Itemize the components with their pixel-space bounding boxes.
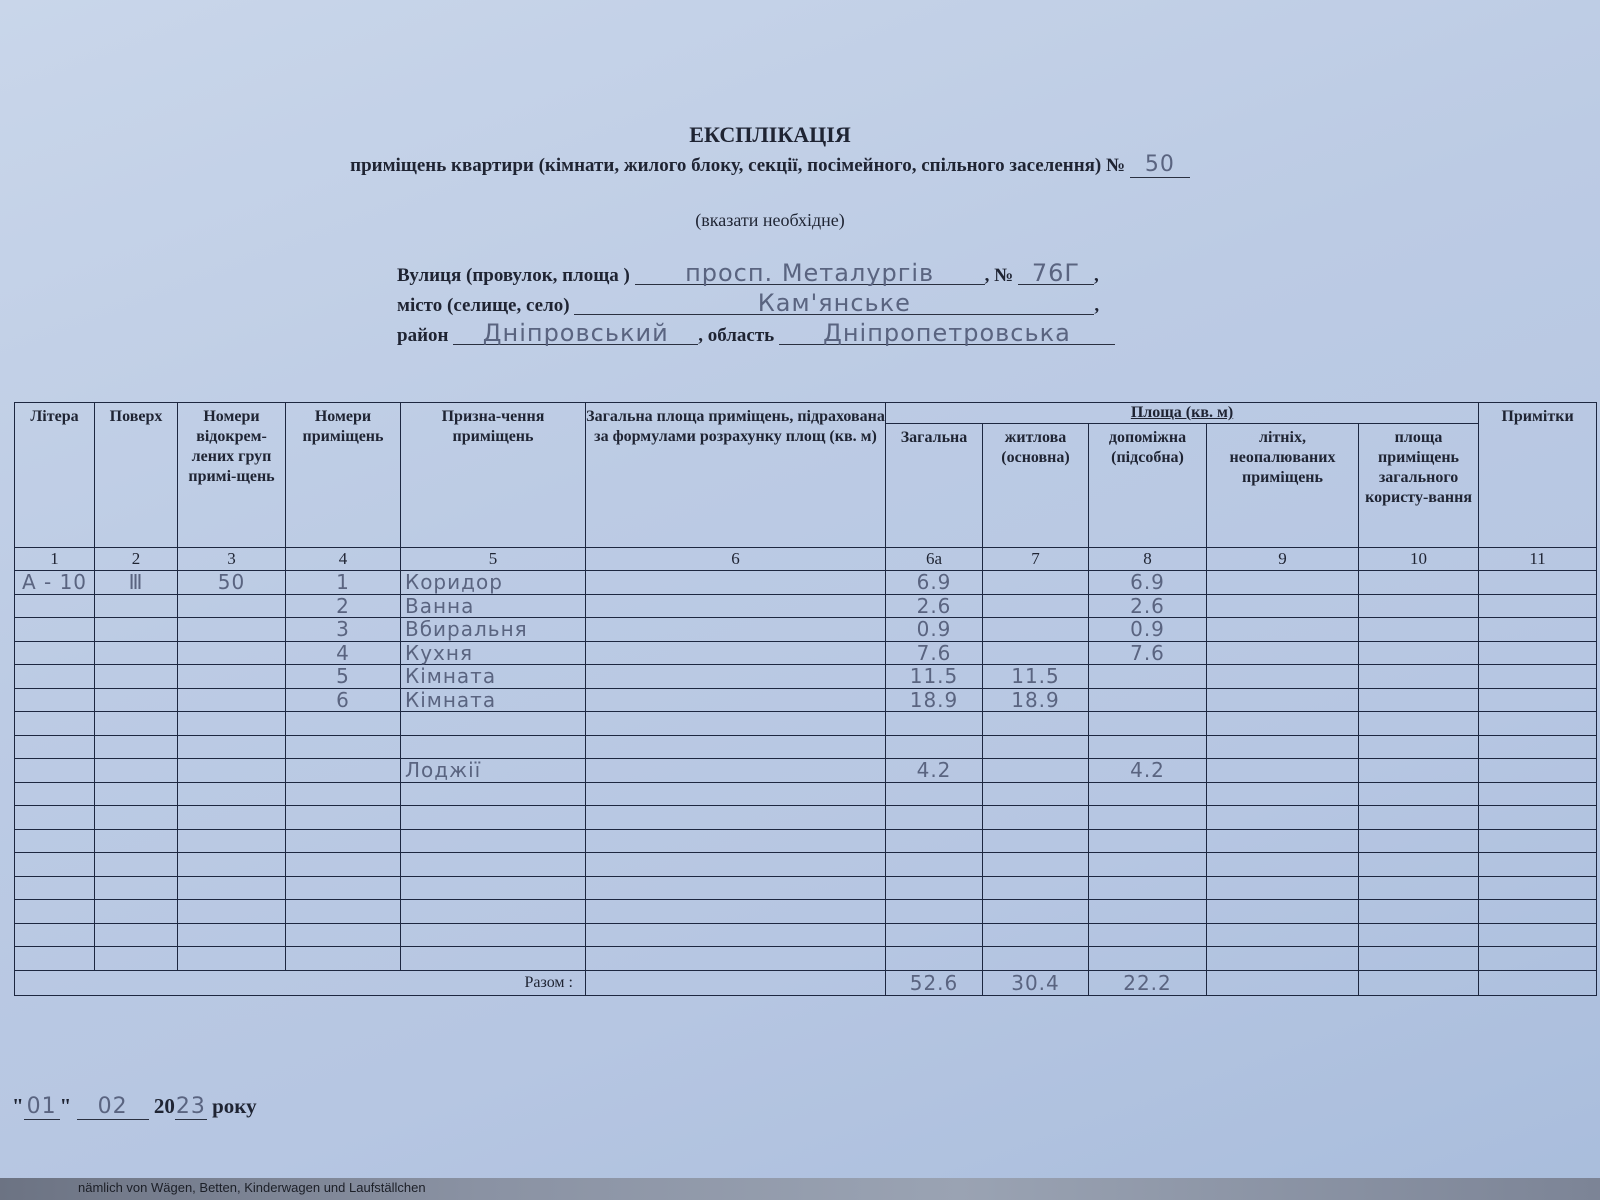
cell-total-area: 0.9: [886, 618, 983, 642]
district-line: район Дніпровський, область Дніпропетров…: [397, 322, 1115, 347]
cell-group: [178, 665, 286, 689]
cell-group: [178, 829, 286, 853]
header-purpose: Призна-чення приміщень: [401, 403, 586, 548]
cell-living-area: [983, 876, 1089, 900]
cell-total-area: [886, 829, 983, 853]
cell-notes: [1479, 665, 1597, 689]
cell-calc-area: [586, 806, 886, 830]
header-room-numbers: Номери приміщень: [286, 403, 401, 548]
cell-litera: [15, 876, 95, 900]
date-year-suffix: 23: [175, 1094, 207, 1120]
cell-total-area: [886, 947, 983, 971]
totals-calc: [586, 970, 886, 995]
cell-total-area: 18.9: [886, 688, 983, 712]
cell-living-area: [983, 947, 1089, 971]
cell-calc-area: [586, 641, 886, 665]
bottom-strip: nämlich von Wägen, Betten, Kinderwagen u…: [0, 1178, 1600, 1200]
cell-purpose: [401, 806, 586, 830]
cell-aux-area: [1089, 900, 1207, 924]
cell-purpose: [401, 782, 586, 806]
cell-floor: [95, 735, 178, 759]
cell-summer-area: [1207, 594, 1359, 618]
cell-litera: [15, 759, 95, 783]
table-row: Лоджії4.24.2: [15, 759, 1597, 783]
city-value: Кам'янське: [574, 292, 1094, 315]
cell-total-area: [886, 782, 983, 806]
totals-label: Разом :: [15, 970, 586, 995]
cell-group: [178, 759, 286, 783]
region-label: , область: [698, 325, 774, 346]
document-subtitle: приміщень квартири (кімнати, жилого блок…: [0, 152, 1540, 178]
cell-total-area: [886, 900, 983, 924]
cell-notes: [1479, 947, 1597, 971]
cell-aux-area: 6.9: [1089, 571, 1207, 595]
cell-calc-area: [586, 853, 886, 877]
totals-living: 30.4: [983, 970, 1089, 995]
header-living: житлова (основна): [983, 424, 1089, 548]
cell-litera: [15, 853, 95, 877]
cell-common-area: [1359, 594, 1479, 618]
table-row: А - 10Ⅲ501Коридор6.96.9: [15, 571, 1597, 595]
cell-summer-area: [1207, 853, 1359, 877]
cell-aux-area: [1089, 712, 1207, 736]
cell-purpose: [401, 735, 586, 759]
cell-room-number: [286, 712, 401, 736]
cell-summer-area: [1207, 571, 1359, 595]
cell-floor: [95, 900, 178, 924]
building-number: 76Г: [1018, 262, 1094, 285]
cell-notes: [1479, 735, 1597, 759]
table-row: [15, 947, 1597, 971]
date-year-prefix: 20: [154, 1094, 175, 1118]
column-number: 9: [1207, 548, 1359, 571]
cell-total-area: [886, 923, 983, 947]
column-number: 11: [1479, 548, 1597, 571]
header-calculated-area: Загальна площа приміщень, підрахована за…: [586, 403, 886, 548]
cell-calc-area: [586, 618, 886, 642]
cell-total-area: 6.9: [886, 571, 983, 595]
table-row: [15, 806, 1597, 830]
cell-purpose: Вбиральня: [401, 618, 586, 642]
cell-common-area: [1359, 571, 1479, 595]
cell-group: [178, 876, 286, 900]
cell-aux-area: [1089, 923, 1207, 947]
totals-total: 52.6: [886, 970, 983, 995]
cell-room-number: [286, 900, 401, 924]
cell-litera: [15, 594, 95, 618]
city-line: місто (селище, село) Кам'янське,: [397, 292, 1099, 317]
totals-common: [1359, 970, 1479, 995]
cell-total-area: 2.6: [886, 594, 983, 618]
district-value: Дніпровський: [453, 322, 698, 345]
cell-group: 50: [178, 571, 286, 595]
cell-group: [178, 853, 286, 877]
cell-aux-area: [1089, 947, 1207, 971]
header-area-group: Площа (кв. м): [886, 403, 1479, 424]
cell-summer-area: [1207, 829, 1359, 853]
city-label: місто (селище, село): [397, 295, 570, 316]
cell-living-area: [983, 735, 1089, 759]
cell-purpose: Коридор: [401, 571, 586, 595]
cell-living-area: [983, 923, 1089, 947]
cell-notes: [1479, 829, 1597, 853]
cell-living-area: [983, 806, 1089, 830]
cell-calc-area: [586, 735, 886, 759]
cell-total-area: [886, 735, 983, 759]
cell-total-area: [886, 806, 983, 830]
cell-room-number: [286, 806, 401, 830]
cell-purpose: [401, 712, 586, 736]
cell-summer-area: [1207, 665, 1359, 689]
cell-room-number: 3: [286, 618, 401, 642]
bottom-strip-text: nämlich von Wägen, Betten, Kinderwagen u…: [78, 1180, 426, 1195]
cell-floor: [95, 947, 178, 971]
cell-calc-area: [586, 712, 886, 736]
cell-litera: [15, 641, 95, 665]
column-number: 6: [586, 548, 886, 571]
cell-floor: [95, 782, 178, 806]
cell-aux-area: [1089, 829, 1207, 853]
cell-common-area: [1359, 665, 1479, 689]
cell-summer-area: [1207, 759, 1359, 783]
cell-group: [178, 618, 286, 642]
cell-notes: [1479, 806, 1597, 830]
cell-aux-area: [1089, 665, 1207, 689]
cell-summer-area: [1207, 947, 1359, 971]
cell-common-area: [1359, 782, 1479, 806]
street-line: Вулиця (провулок, площа ) просп. Металур…: [397, 262, 1099, 287]
region-value: Дніпропетровська: [779, 322, 1115, 345]
cell-common-area: [1359, 923, 1479, 947]
cell-litera: [15, 900, 95, 924]
cell-living-area: [983, 759, 1089, 783]
cell-room-number: 2: [286, 594, 401, 618]
cell-room-number: [286, 876, 401, 900]
table-row: 6Кімната18.918.9: [15, 688, 1597, 712]
cell-living-area: [983, 641, 1089, 665]
cell-floor: [95, 876, 178, 900]
cell-litera: [15, 735, 95, 759]
apartment-number: 50: [1130, 152, 1190, 178]
cell-floor: [95, 829, 178, 853]
totals-row: Разом : 52.6 30.4 22.2: [15, 970, 1597, 995]
cell-calc-area: [586, 947, 886, 971]
column-number: 5: [401, 548, 586, 571]
header-notes: Примітки: [1479, 403, 1597, 548]
header-row-top: Літера Поверх Номери відокрем-лених груп…: [15, 403, 1597, 424]
cell-summer-area: [1207, 923, 1359, 947]
table-row: [15, 829, 1597, 853]
cell-total-area: 7.6: [886, 641, 983, 665]
cell-aux-area: [1089, 806, 1207, 830]
cell-living-area: [983, 712, 1089, 736]
cell-group: [178, 688, 286, 712]
cell-group: [178, 947, 286, 971]
header-common-use: площа приміщень загального користу-вання: [1359, 424, 1479, 548]
area-group-label: Площа (кв. м): [1131, 404, 1233, 421]
cell-room-number: 1: [286, 571, 401, 595]
cell-aux-area: [1089, 876, 1207, 900]
table-body: А - 10Ⅲ501Коридор6.96.92Ванна2.62.63Вбир…: [15, 571, 1597, 971]
table-row: [15, 853, 1597, 877]
street-value: просп. Металургів: [635, 262, 985, 285]
table-row: [15, 735, 1597, 759]
cell-room-number: [286, 829, 401, 853]
cell-common-area: [1359, 947, 1479, 971]
cell-summer-area: [1207, 641, 1359, 665]
cell-common-area: [1359, 876, 1479, 900]
cell-group: [178, 712, 286, 736]
cell-notes: [1479, 618, 1597, 642]
document-title: ЕКСПЛІКАЦІЯ: [0, 122, 1540, 148]
cell-notes: [1479, 571, 1597, 595]
cell-notes: [1479, 923, 1597, 947]
cell-living-area: [983, 829, 1089, 853]
cell-litera: [15, 688, 95, 712]
cell-summer-area: [1207, 782, 1359, 806]
totals-notes: [1479, 970, 1597, 995]
date-month: 02: [77, 1094, 149, 1120]
cell-litera: [15, 923, 95, 947]
cell-living-area: [983, 853, 1089, 877]
cell-litera: А - 10: [15, 571, 95, 595]
cell-calc-area: [586, 782, 886, 806]
cell-calc-area: [586, 688, 886, 712]
cell-common-area: [1359, 641, 1479, 665]
cell-summer-area: [1207, 688, 1359, 712]
cell-notes: [1479, 876, 1597, 900]
cell-floor: [95, 853, 178, 877]
cell-living-area: 18.9: [983, 688, 1089, 712]
date-suffix: року: [212, 1094, 256, 1118]
cell-notes: [1479, 759, 1597, 783]
cell-litera: [15, 782, 95, 806]
date-day: 01: [24, 1094, 60, 1120]
cell-purpose: [401, 876, 586, 900]
cell-notes: [1479, 900, 1597, 924]
cell-common-area: [1359, 829, 1479, 853]
cell-purpose: [401, 947, 586, 971]
cell-aux-area: [1089, 735, 1207, 759]
cell-total-area: [886, 876, 983, 900]
cell-common-area: [1359, 853, 1479, 877]
cell-summer-area: [1207, 876, 1359, 900]
table-row: [15, 900, 1597, 924]
header-litera: Літера: [15, 403, 95, 548]
cell-common-area: [1359, 900, 1479, 924]
cell-living-area: [983, 594, 1089, 618]
cell-aux-area: 4.2: [1089, 759, 1207, 783]
cell-floor: Ⅲ: [95, 571, 178, 595]
cell-calc-area: [586, 900, 886, 924]
cell-floor: [95, 594, 178, 618]
cell-calc-area: [586, 876, 886, 900]
cell-litera: [15, 829, 95, 853]
hint-text: (вказати необхідне): [0, 210, 1540, 231]
table-row: 4Кухня7.67.6: [15, 641, 1597, 665]
table-row: [15, 923, 1597, 947]
column-number: 1: [15, 548, 95, 571]
table-row: [15, 712, 1597, 736]
cell-floor: [95, 641, 178, 665]
cell-aux-area: 0.9: [1089, 618, 1207, 642]
cell-group: [178, 900, 286, 924]
cell-room-number: [286, 759, 401, 783]
cell-group: [178, 782, 286, 806]
cell-notes: [1479, 782, 1597, 806]
cell-summer-area: [1207, 900, 1359, 924]
cell-room-number: [286, 853, 401, 877]
cell-room-number: 4: [286, 641, 401, 665]
cell-group: [178, 923, 286, 947]
cell-common-area: [1359, 806, 1479, 830]
cell-aux-area: [1089, 688, 1207, 712]
district-label: район: [397, 325, 448, 346]
street-label: Вулиця (провулок, площа ): [397, 265, 630, 286]
cell-group: [178, 594, 286, 618]
header-total: Загальна: [886, 424, 983, 548]
header-summer: літніх, неопалюваних приміщень: [1207, 424, 1359, 548]
table-row: [15, 876, 1597, 900]
totals-summer: [1207, 970, 1359, 995]
cell-notes: [1479, 594, 1597, 618]
cell-common-area: [1359, 735, 1479, 759]
header-group-numbers: Номери відокрем-лених груп примі-щень: [178, 403, 286, 548]
cell-notes: [1479, 641, 1597, 665]
column-number: 2: [95, 548, 178, 571]
column-number: 8: [1089, 548, 1207, 571]
cell-total-area: 4.2: [886, 759, 983, 783]
table-row: [15, 782, 1597, 806]
cell-notes: [1479, 853, 1597, 877]
cell-litera: [15, 665, 95, 689]
cell-aux-area: 7.6: [1089, 641, 1207, 665]
cell-purpose: [401, 829, 586, 853]
cell-total-area: 11.5: [886, 665, 983, 689]
cell-living-area: 11.5: [983, 665, 1089, 689]
cell-aux-area: [1089, 853, 1207, 877]
subtitle-text: приміщень квартири (кімнати, жилого блок…: [350, 155, 1125, 176]
number-label: , №: [985, 265, 1014, 286]
cell-common-area: [1359, 759, 1479, 783]
cell-litera: [15, 618, 95, 642]
cell-summer-area: [1207, 618, 1359, 642]
table-row: 3Вбиральня0.90.9: [15, 618, 1597, 642]
cell-calc-area: [586, 594, 886, 618]
cell-aux-area: [1089, 782, 1207, 806]
cell-purpose: [401, 853, 586, 877]
cell-summer-area: [1207, 735, 1359, 759]
column-number: 4: [286, 548, 401, 571]
cell-room-number: [286, 947, 401, 971]
column-number: 7: [983, 548, 1089, 571]
cell-purpose: Лоджії: [401, 759, 586, 783]
cell-purpose: Кімната: [401, 688, 586, 712]
header-auxiliary: допоміжна (підсобна): [1089, 424, 1207, 548]
cell-purpose: Ванна: [401, 594, 586, 618]
column-numbers-row: 1234566а7891011: [15, 548, 1597, 571]
cell-calc-area: [586, 759, 886, 783]
cell-floor: [95, 759, 178, 783]
cell-summer-area: [1207, 806, 1359, 830]
cell-floor: [95, 618, 178, 642]
header-floor: Поверх: [95, 403, 178, 548]
cell-notes: [1479, 688, 1597, 712]
column-number: 3: [178, 548, 286, 571]
table-row: 2Ванна2.62.6: [15, 594, 1597, 618]
cell-purpose: [401, 923, 586, 947]
cell-living-area: [983, 618, 1089, 642]
cell-living-area: [983, 782, 1089, 806]
cell-living-area: [983, 571, 1089, 595]
cell-group: [178, 641, 286, 665]
cell-floor: [95, 665, 178, 689]
cell-purpose: [401, 900, 586, 924]
column-number: 10: [1359, 548, 1479, 571]
cell-common-area: [1359, 618, 1479, 642]
cell-calc-area: [586, 665, 886, 689]
cell-room-number: 6: [286, 688, 401, 712]
cell-aux-area: 2.6: [1089, 594, 1207, 618]
cell-room-number: [286, 735, 401, 759]
cell-floor: [95, 688, 178, 712]
cell-group: [178, 806, 286, 830]
cell-litera: [15, 806, 95, 830]
cell-total-area: [886, 712, 983, 736]
document-date: "01" 02 2023 року: [12, 1094, 257, 1120]
cell-floor: [95, 806, 178, 830]
cell-total-area: [886, 853, 983, 877]
cell-summer-area: [1207, 712, 1359, 736]
cell-litera: [15, 947, 95, 971]
cell-calc-area: [586, 571, 886, 595]
cell-room-number: [286, 782, 401, 806]
cell-room-number: 5: [286, 665, 401, 689]
cell-living-area: [983, 900, 1089, 924]
cell-group: [178, 735, 286, 759]
cell-purpose: Кімната: [401, 665, 586, 689]
cell-common-area: [1359, 712, 1479, 736]
cell-litera: [15, 712, 95, 736]
cell-floor: [95, 923, 178, 947]
cell-notes: [1479, 712, 1597, 736]
cell-common-area: [1359, 688, 1479, 712]
cell-floor: [95, 712, 178, 736]
table-row: 5Кімната11.511.5: [15, 665, 1597, 689]
cell-purpose: Кухня: [401, 641, 586, 665]
cell-calc-area: [586, 829, 886, 853]
explication-table: Літера Поверх Номери відокрем-лених груп…: [14, 402, 1597, 996]
column-number: 6а: [886, 548, 983, 571]
cell-room-number: [286, 923, 401, 947]
cell-calc-area: [586, 923, 886, 947]
totals-auxiliary: 22.2: [1089, 970, 1207, 995]
